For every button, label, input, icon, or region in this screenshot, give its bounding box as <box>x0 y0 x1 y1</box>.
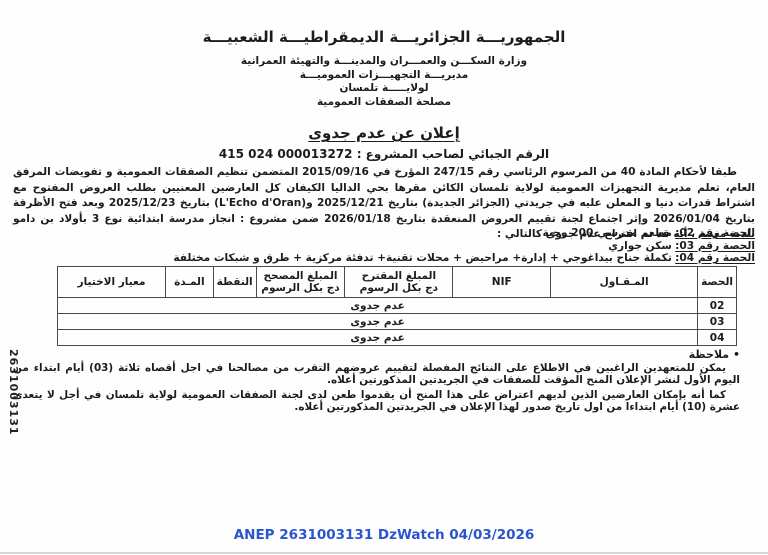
row-04-lot: 04 <box>698 330 737 346</box>
fiscal-id-line: الرقم الجبائي لصاحب المشروع : 415 024 00… <box>0 147 768 161</box>
fiscal-id-label: الرقم الجبائي لصاحب المشروع : <box>357 147 549 161</box>
bullet-icon: • <box>733 348 740 361</box>
row-03-result: عدم جدوى <box>58 314 698 330</box>
table-row: 03 عدم جدوى <box>58 314 737 330</box>
anep-side-number: 2631003131 <box>7 349 20 436</box>
bottom-divider <box>0 552 768 554</box>
note-title-text: ملاحظة <box>689 348 729 361</box>
col-nif: NIF <box>453 267 551 298</box>
lots-list: الحصة رقم 02: مطعم مدرسي 200 وجبة الحصة … <box>13 227 755 265</box>
col-duration: المـدة <box>166 267 214 298</box>
lot-02-label: الحصة رقم 02: <box>675 227 755 239</box>
lot-04-text: تكملة جناح بيداغوجي + إدارة+ مراحيض + مح… <box>173 252 671 264</box>
col-contractor: المـقـاول <box>551 267 698 298</box>
lot-03-text: سكن جواري <box>608 240 672 252</box>
lot-02-text: مطعم مدرسي 200 وجبة <box>543 227 672 239</box>
wilaya-line: لولايـــــة تلمسان <box>0 82 768 96</box>
row-02-lot: 02 <box>698 298 737 314</box>
row-04-result: عدم جدوى <box>58 330 698 346</box>
results-table-header: الحصة المـقـاول NIF المبلغ المقترح دج بك… <box>58 267 737 298</box>
directorate-line: مديريـــة التجهيـــزات العموميـــة <box>0 69 768 83</box>
row-02-result: عدم جدوى <box>58 298 698 314</box>
col-corrected-amount: المبلغ المصحح دج بكل الرسوم <box>256 267 345 298</box>
results-table: الحصة المـقـاول NIF المبلغ المقترح دج بك… <box>57 266 737 346</box>
document-page: الجمهوريـــة الجزائريـــة الديمقراطيـــة… <box>0 0 768 555</box>
letterhead: الجمهوريـــة الجزائريـــة الديمقراطيـــة… <box>0 28 768 109</box>
table-row: 02 عدم جدوى <box>58 298 737 314</box>
lot-line-04: الحصة رقم 04: تكملة جناح بيداغوجي + إدار… <box>13 252 755 264</box>
ministry-line: وزارة السكـــن والعمـــران والمدينـــة و… <box>0 55 768 69</box>
lot-03-label: الحصة رقم 03: <box>675 240 755 252</box>
footer-anep: ANEP 2631003131 DzWatch 04/03/2026 <box>0 527 768 543</box>
fiscal-id-value: 415 024 000013272 <box>219 147 353 161</box>
lot-line-02: الحصة رقم 02: مطعم مدرسي 200 وجبة <box>13 227 755 239</box>
col-criterion: معيار الاختيار <box>58 267 166 298</box>
note-title: • ملاحظة <box>13 348 740 361</box>
lot-04-label: الحصة رقم 04: <box>675 252 755 264</box>
note-paragraph-1: يمكن للمتعهدين الراغبين في الاطلاع على ا… <box>13 362 740 387</box>
note-paragraph-2: كما أنه بإمكان العارضين الذين لديهم اعتر… <box>13 389 740 414</box>
col-score: النقطة <box>213 267 256 298</box>
service-line: مصلحة الصفقات العمومية <box>0 96 768 110</box>
col-lot: الحصة <box>698 267 737 298</box>
lot-line-03: الحصة رقم 03: سكن جواري <box>13 240 755 252</box>
note-section: • ملاحظة يمكن للمتعهدين الراغبين في الاط… <box>13 348 740 415</box>
table-row: 04 عدم جدوى <box>58 330 737 346</box>
row-03-lot: 03 <box>698 314 737 330</box>
announcement-title: إعلان عن عدم جدوى <box>0 124 768 142</box>
republic-title: الجمهوريـــة الجزائريـــة الديمقراطيـــة… <box>0 28 768 46</box>
col-proposed-amount: المبلغ المقترح دج بكل الرسوم <box>345 267 453 298</box>
